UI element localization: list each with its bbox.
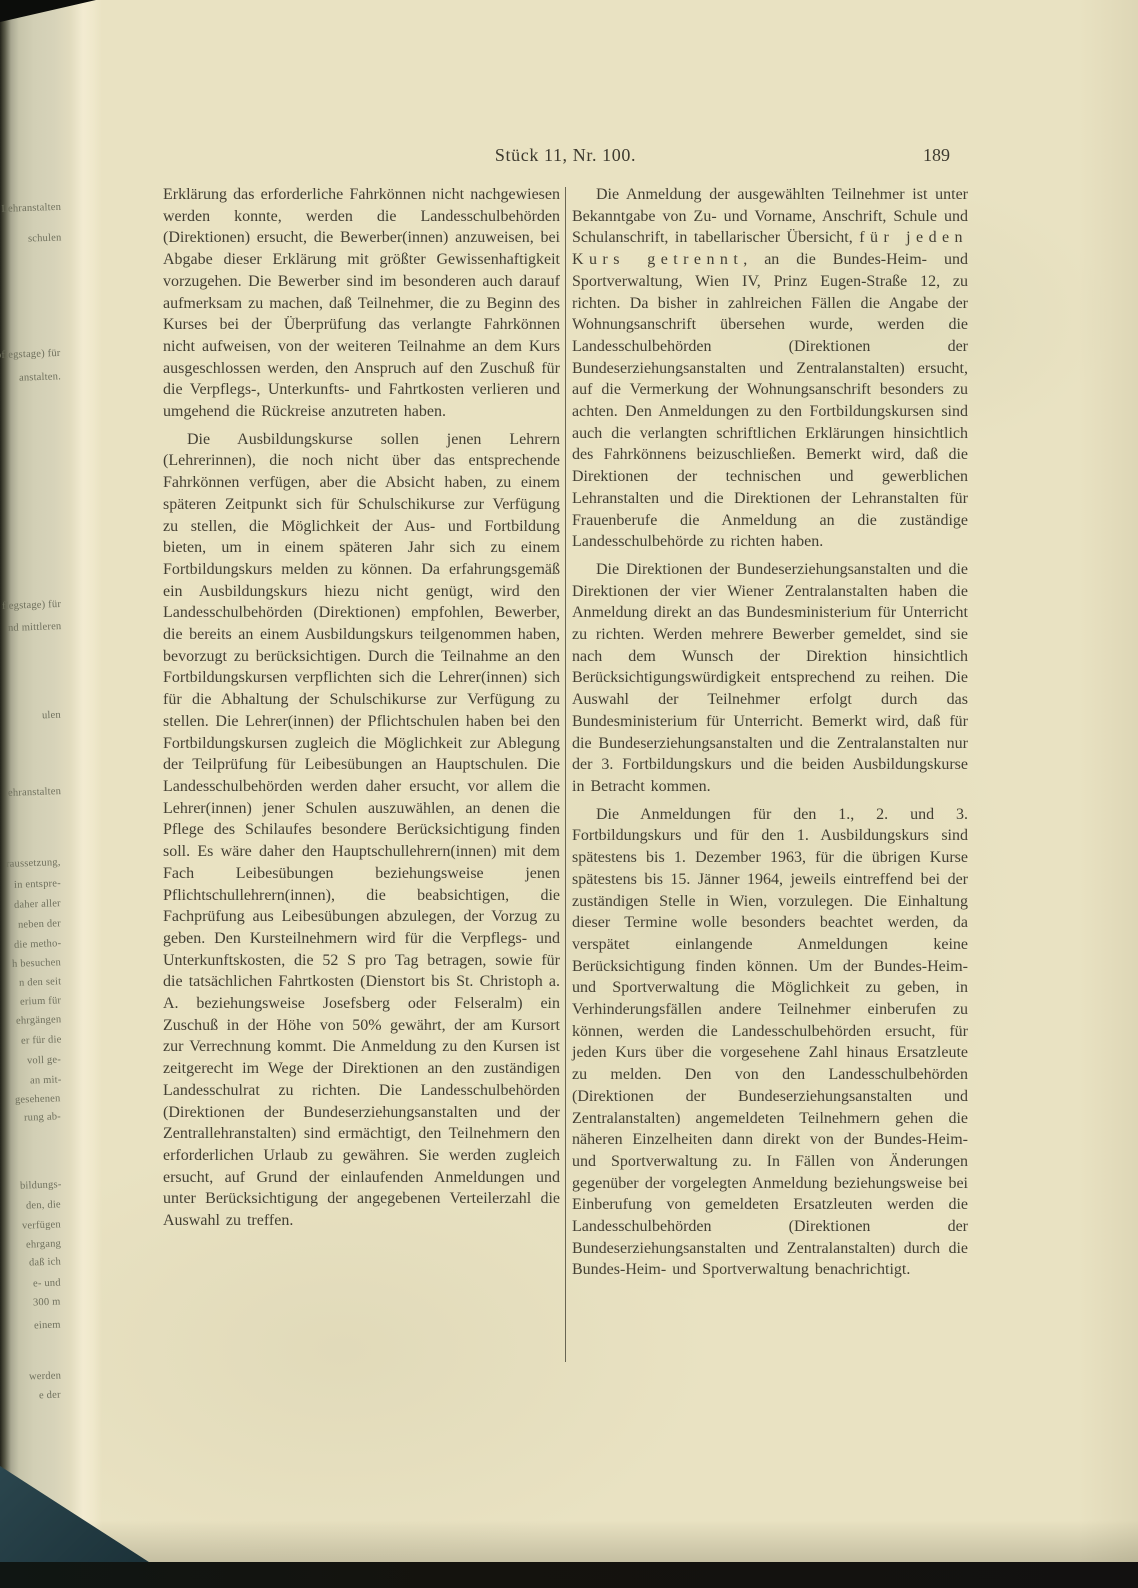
marginalia-fragment: neben der — [18, 918, 61, 930]
marginalia-fragment: gesehenen — [15, 1093, 61, 1106]
page-header: Stück 11, Nr. 100. 189 — [163, 145, 968, 169]
marginalia-fragment: voll ge- — [27, 1054, 61, 1066]
marginalia-fragment: h besuchen — [12, 957, 61, 970]
marginalia-fragment: raussetzung, — [6, 857, 61, 870]
marginalia-fragment: erium für — [20, 995, 62, 1007]
binding-edge-bottom — [0, 1562, 1138, 1588]
body-text: , an die Bundes-Heim- und Sportverwaltun… — [572, 251, 968, 550]
text-column-right: Die Anmeldung der ausgewählten Teilnehme… — [572, 184, 968, 1281]
marginalia-fragment: e der — [39, 1390, 61, 1402]
page-number: 189 — [923, 145, 950, 166]
marginalia-fragment: ehranstalten — [8, 786, 61, 799]
body-text: Die Ausbildungskurse sollen jenen Lehrer… — [163, 431, 560, 1229]
marginalia-fragment: 300 m — [33, 1297, 61, 1309]
paragraph: Die Direktionen der Bundeserziehungsanst… — [572, 559, 968, 798]
body-text: Erklärung das erforderliche Fahrkönnen n… — [163, 186, 560, 420]
marginalia-fragment: werden — [29, 1370, 61, 1382]
marginalia-fragment: ulen — [42, 710, 61, 722]
marginalia-fragment: die metho- — [14, 938, 62, 951]
text-column-left: Erklärung das erforderliche Fahrkönnen n… — [163, 184, 560, 1232]
marginalia-fragment: den, die — [26, 1199, 61, 1211]
marginalia-fragment: anstalten. — [19, 371, 61, 383]
marginalia-fragment: verfügen — [22, 1219, 61, 1231]
page-title: Stück 11, Nr. 100. — [163, 145, 968, 166]
body-text: Die Direktionen der Bundeserziehungsanst… — [572, 561, 968, 795]
paragraph: Die Anmeldungen für den 1., 2. und 3. Fo… — [572, 804, 968, 1281]
marginalia-fragment: rung ab- — [24, 1111, 61, 1123]
marginalia-fragment: n den seit — [19, 976, 62, 988]
spine-marginalia: re Lehranstaltenschulenpflegstage) füran… — [0, 0, 64, 1588]
page-bottom-shadow — [0, 1520, 1138, 1562]
paragraph: Die Ausbildungskurse sollen jenen Lehrer… — [163, 429, 560, 1232]
marginalia-fragment: ehrgang — [26, 1238, 61, 1250]
marginalia-fragment: daher aller — [14, 898, 61, 911]
marginalia-fragment: daß ich — [29, 1256, 61, 1268]
marginalia-fragment: e- und — [33, 1278, 61, 1290]
marginalia-fragment: an mit- — [29, 1074, 61, 1086]
marginalia-fragment: er für die — [20, 1034, 61, 1046]
paragraph: Die Anmeldung der ausgewählten Teilnehme… — [572, 184, 968, 553]
marginalia-fragment: ehrgängen — [15, 1014, 61, 1027]
column-divider — [565, 187, 566, 1362]
marginalia-fragment: in entspre- — [14, 878, 61, 891]
marginalia-fragment: re Lehranstalten — [0, 202, 61, 215]
marginalia-fragment: schulen — [27, 232, 61, 244]
marginalia-fragment: flegstage) für — [2, 599, 61, 612]
marginalia-fragment: einem — [34, 1320, 61, 1332]
marginalia-fragment: bildungs- — [19, 1179, 61, 1191]
marginalia-fragment: nd mittleren — [7, 621, 61, 634]
paragraph: Erklärung das erforderliche Fahrkönnen n… — [163, 184, 560, 423]
scanned-page: re Lehranstaltenschulenpflegstage) füran… — [0, 0, 1138, 1588]
marginalia-fragment: pflegstage) für — [0, 348, 61, 361]
body-text: Die Anmeldungen für den 1., 2. und 3. Fo… — [572, 806, 968, 1279]
